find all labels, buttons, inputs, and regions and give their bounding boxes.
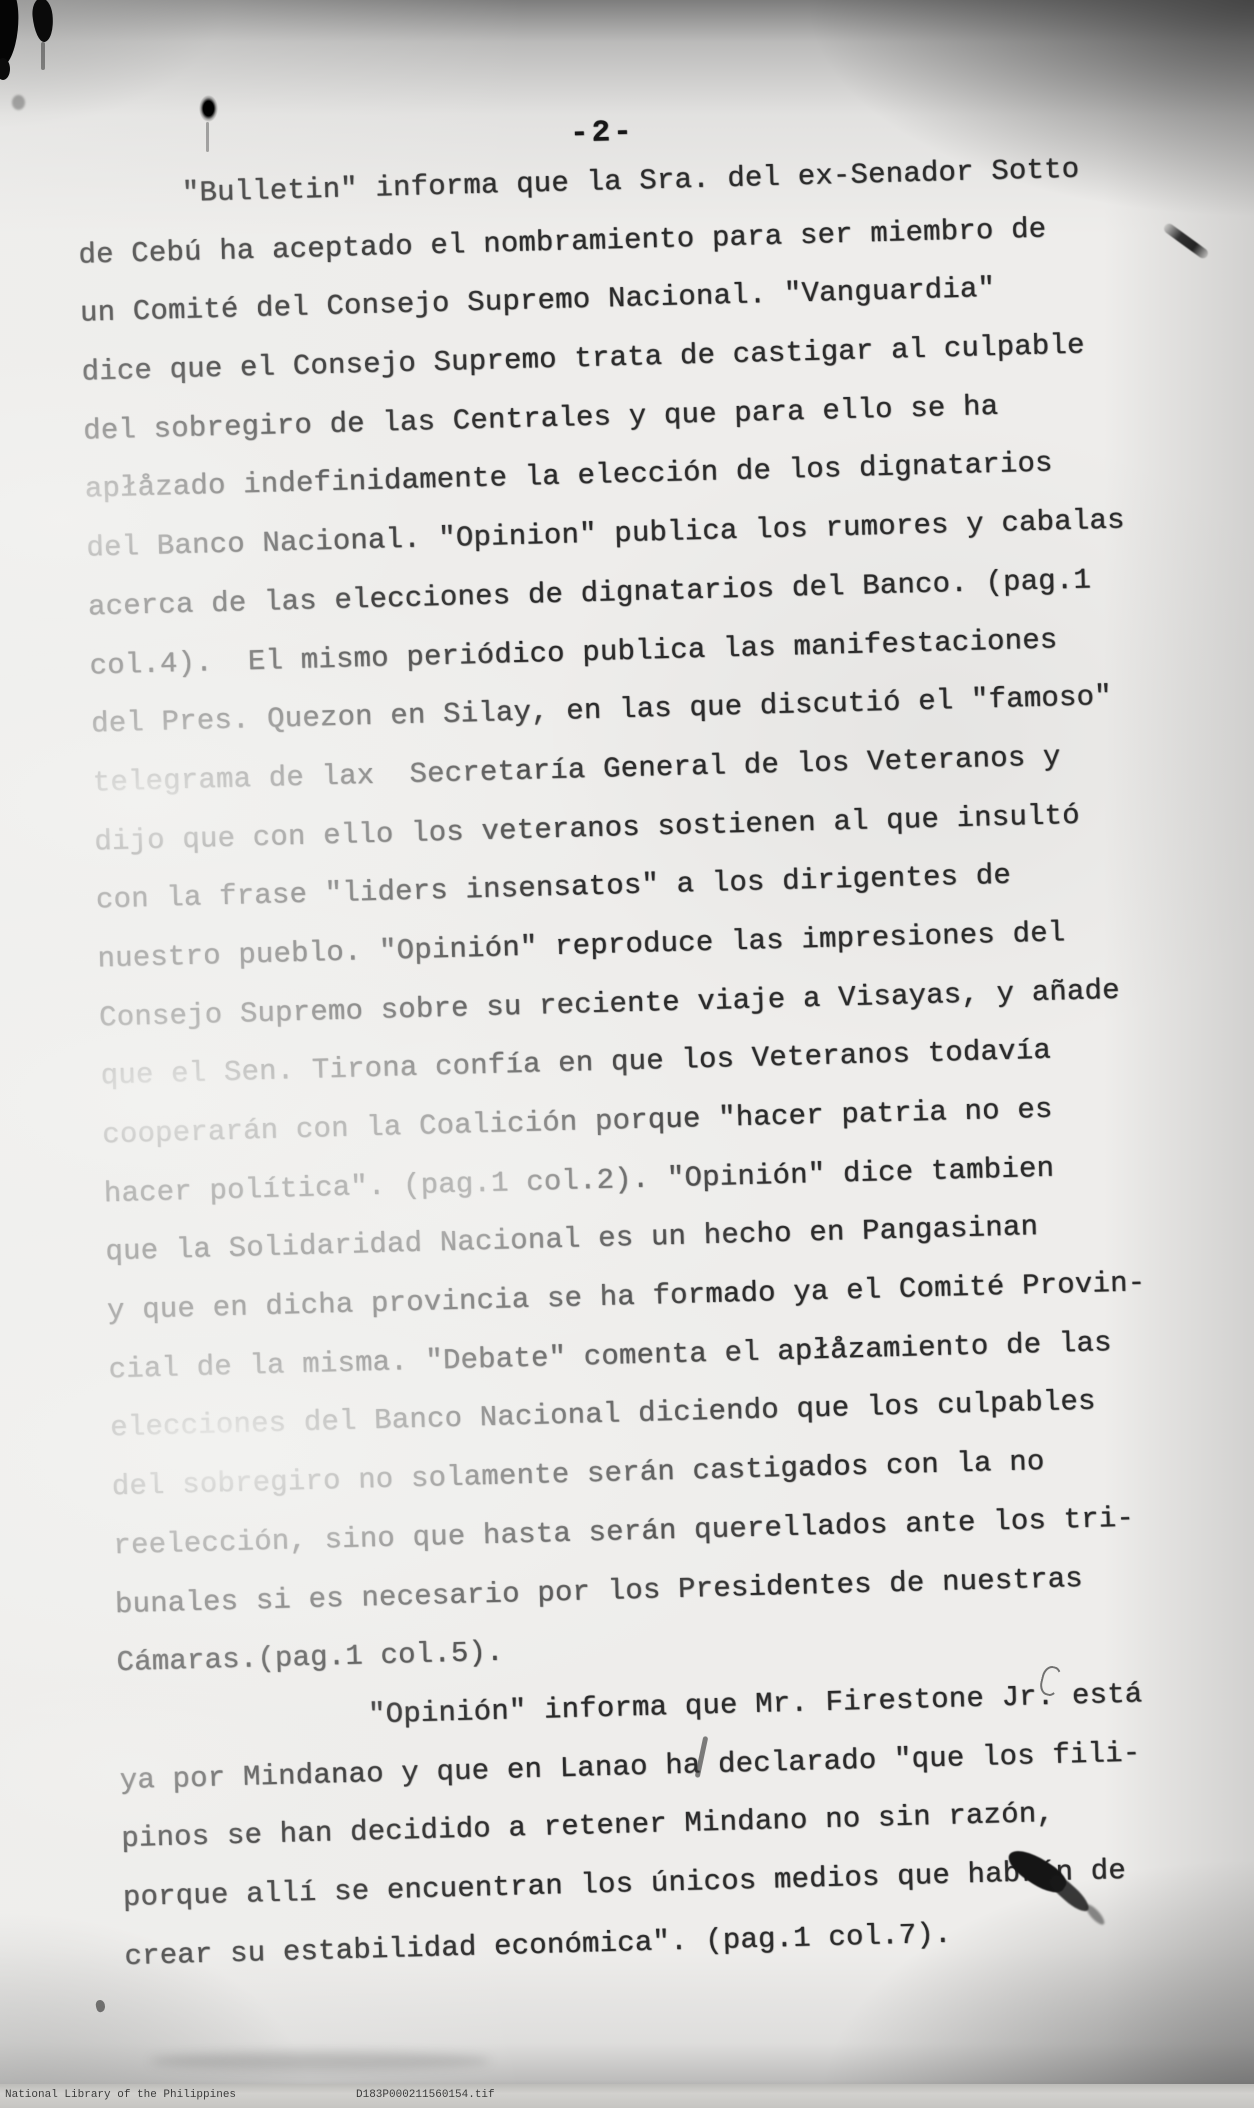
library-name: National Library of the Philippines [5,2084,236,2106]
ink-dot-tail [206,122,209,152]
scan-filename: D183P000211560154.tif [356,2084,495,2106]
scanned-document-page: -2- "Bulletin" informa que la Sra. del e… [0,0,1254,2108]
paragraph: "Opinión" informa que Mr. Firestone Jr. … [17,1662,1254,1989]
ink-dot [199,95,218,122]
paragraph: "Bulletin" informa que la Sra. del ex-Se… [0,137,1254,1696]
scan-footer-bar: National Library of the Philippines D183… [0,2084,1254,2108]
shadow-band-bottom [150,2052,490,2070]
ink-drop-tail [41,42,45,70]
smudge-left-margin [12,95,25,110]
document-body: "Bulletin" informa que la Sra. del ex-Se… [0,137,1254,1990]
typewritten-text-layer: -2- "Bulletin" informa que la Sra. del e… [0,0,1254,2108]
